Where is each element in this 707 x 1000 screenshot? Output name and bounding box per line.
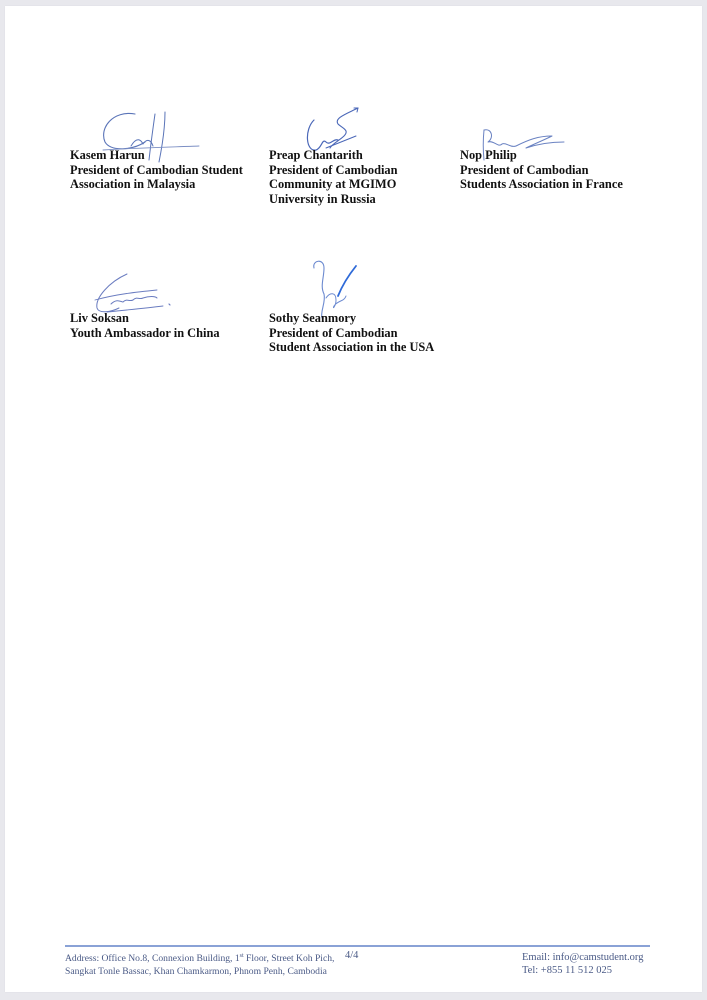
address-line-1-text: Address: Office No.8, Connexion Building… [65, 953, 240, 964]
signatory-name: Preap Chantarith [269, 148, 398, 163]
signatory-name: Liv Soksan [70, 311, 220, 326]
page-number: 4/4 [345, 950, 358, 961]
contact-email[interactable]: Email: info@camstudent.org [522, 951, 643, 964]
signatory-title-line: President of Cambodian [269, 163, 398, 178]
address-line-1-text-cont: Floor, Street Koh Pich, [244, 953, 335, 964]
signatory-name: Sothy Seanmory [269, 311, 434, 326]
address-line-1: Address: Office No.8, Connexion Building… [65, 950, 334, 966]
signatory-sothy-seanmory: Sothy Seanmory President of Cambodian St… [269, 311, 434, 355]
signatory-nop-philip: Nop Philip President of Cambodian Studen… [460, 148, 623, 192]
signatory-title-line: President of Cambodian [269, 326, 434, 341]
signatory-preap-chantarith: Preap Chantarith President of Cambodian … [269, 148, 398, 206]
signatory-title-line: Community at MGIMO [269, 177, 398, 192]
signatory-liv-soksan: Liv Soksan Youth Ambassador in China [70, 311, 220, 340]
signatory-title-line: Association in Malaysia [70, 177, 243, 192]
signatory-name: Nop Philip [460, 148, 623, 163]
signatory-title-line: Students Association in France [460, 177, 623, 192]
signatory-title-line: President of Cambodian Student [70, 163, 243, 178]
document-page: Kasem Harun President of Cambodian Stude… [5, 6, 702, 992]
address-line-2: Sangkat Tonle Bassac, Khan Chamkarmon, P… [65, 966, 334, 979]
signatory-title-line: Student Association in the USA [269, 340, 434, 355]
signatory-title-line: President of Cambodian [460, 163, 623, 178]
footer-divider [65, 945, 650, 947]
footer-address: Address: Office No.8, Connexion Building… [65, 950, 334, 978]
signatory-kasem-harun: Kasem Harun President of Cambodian Stude… [70, 148, 243, 192]
contact-phone: Tel: +855 11 512 025 [522, 964, 643, 977]
signatory-title-line: University in Russia [269, 192, 398, 207]
signatory-title-line: Youth Ambassador in China [70, 326, 220, 341]
signatory-name: Kasem Harun [70, 148, 243, 163]
footer-contact: Email: info@camstudent.org Tel: +855 11 … [522, 951, 643, 977]
